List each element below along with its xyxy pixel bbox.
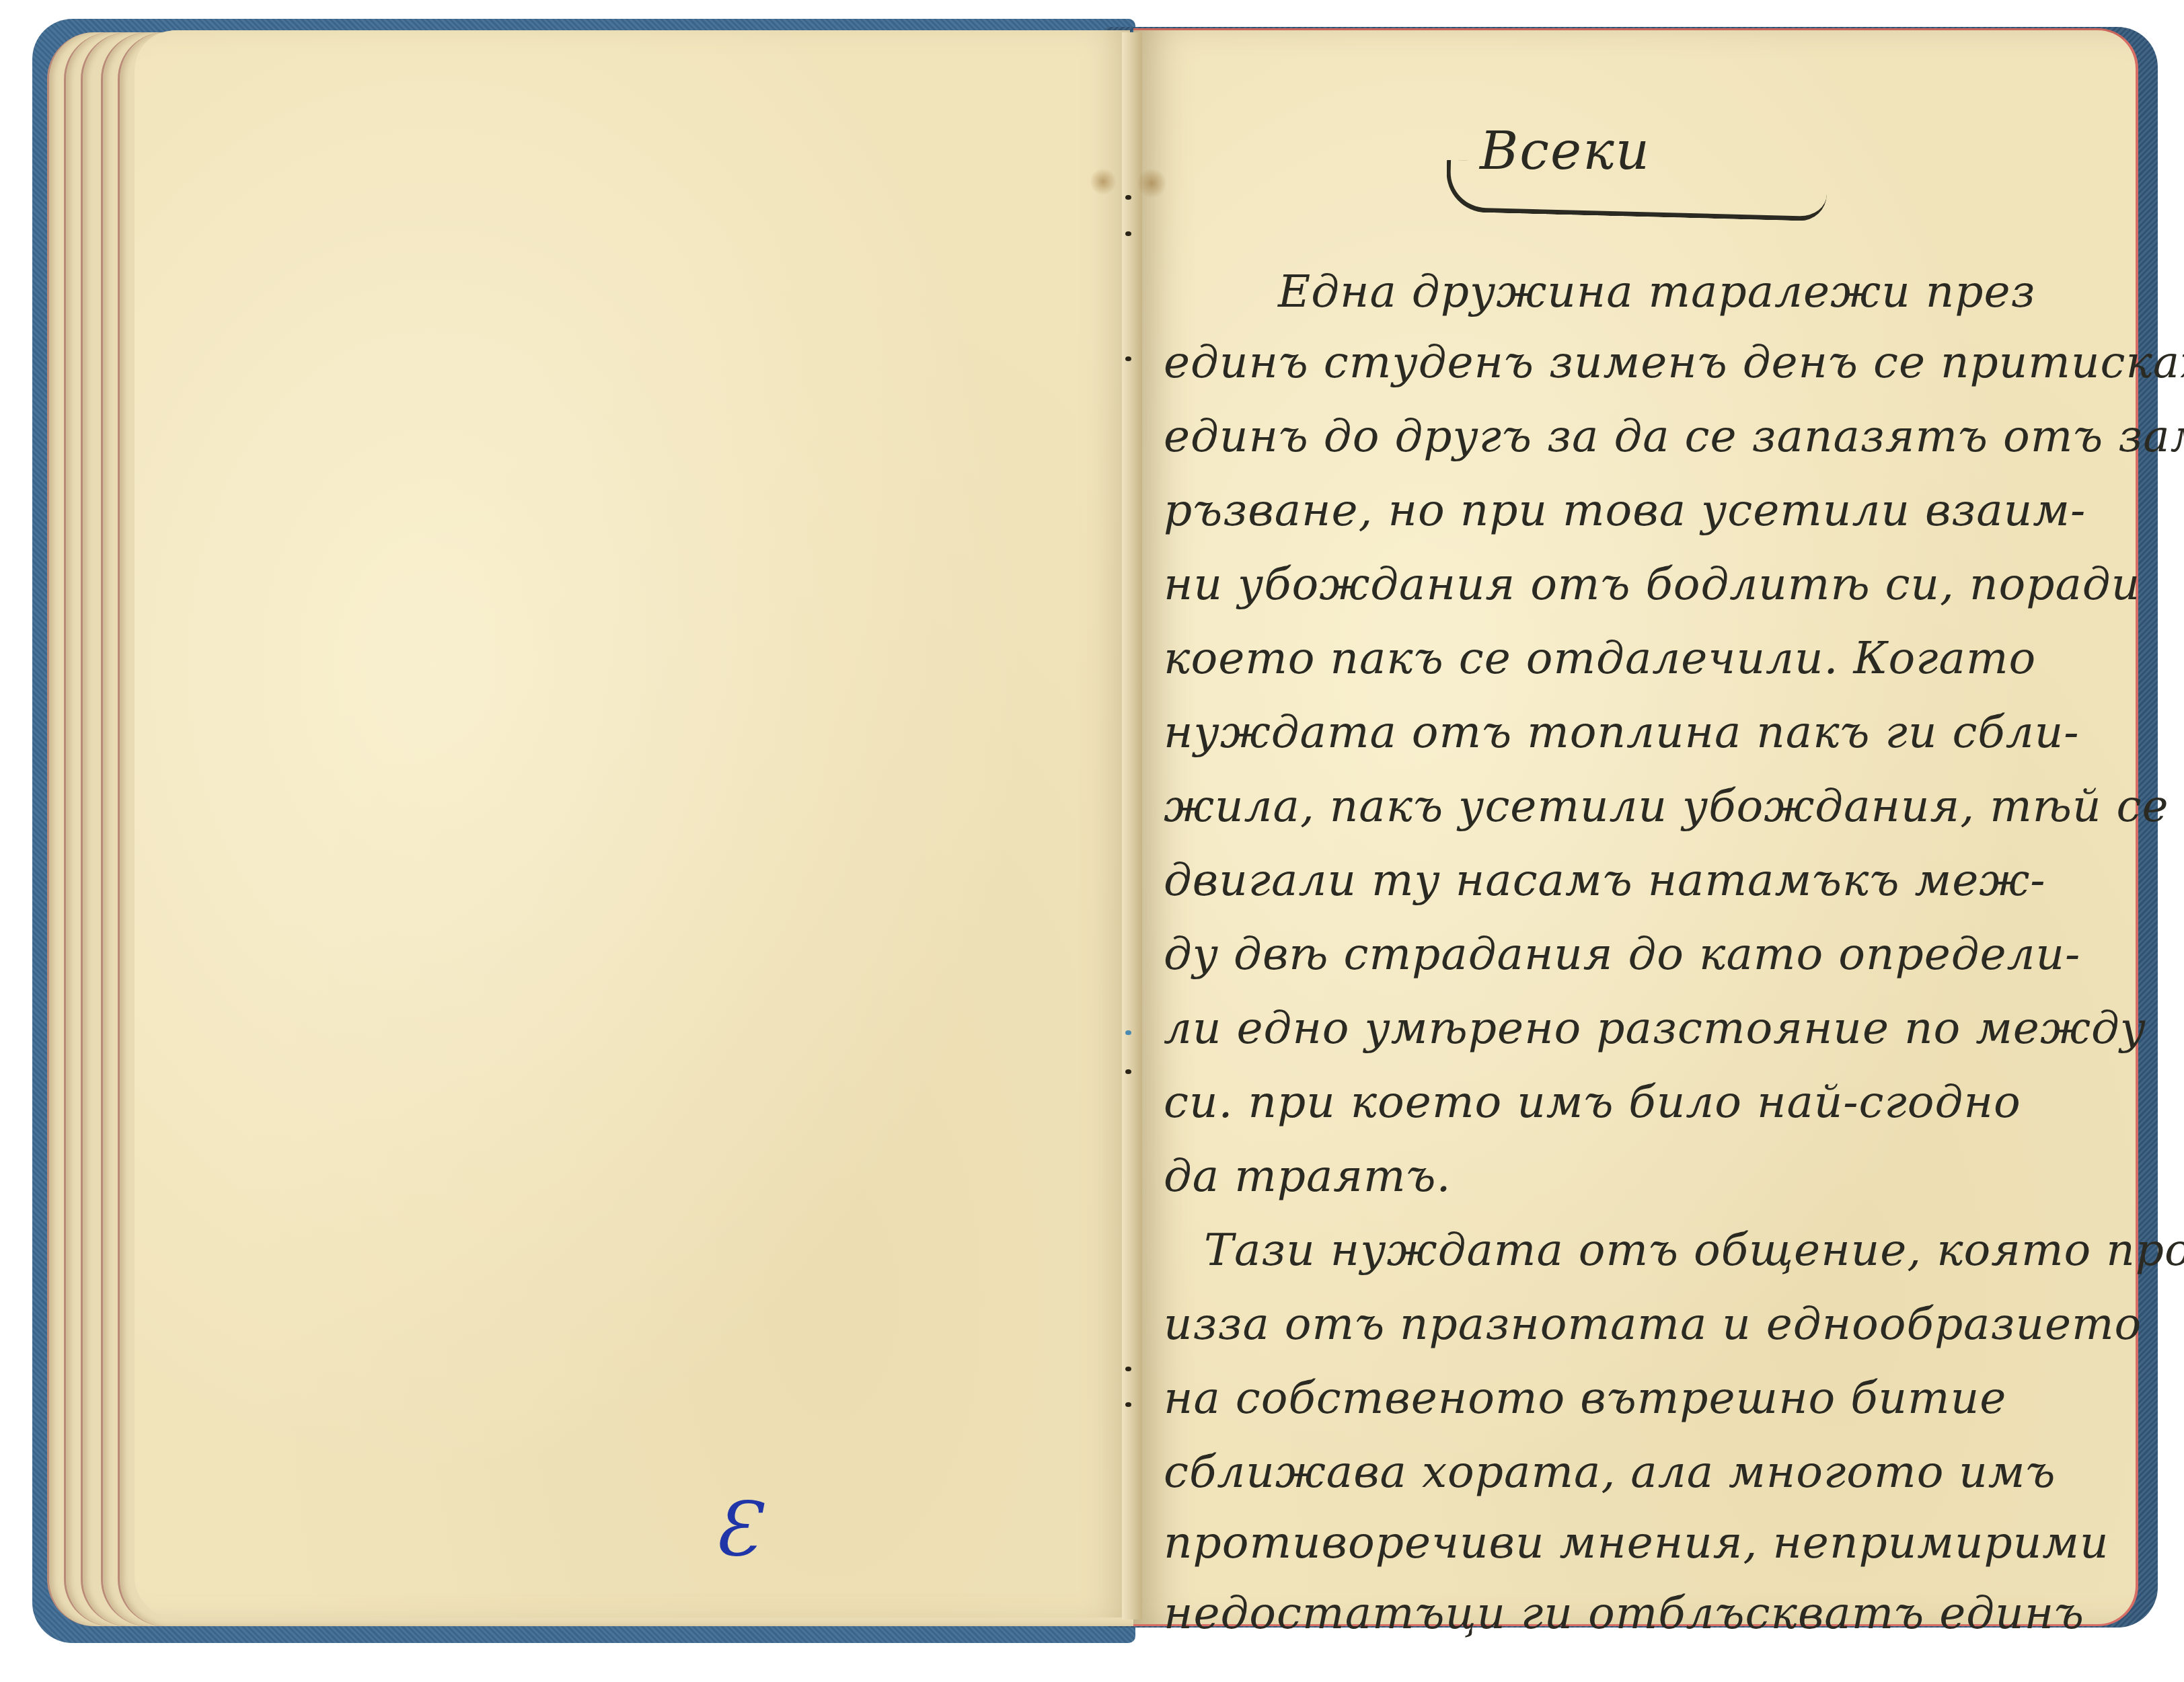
text-line: сближава хората, ала многото имъ (1164, 1446, 2056, 1498)
left-page (135, 30, 1130, 1617)
text-line: ду двѣ страдания до като определи- (1164, 928, 2080, 980)
text-line: противоречиви мнения, непримирими (1164, 1517, 2109, 1568)
text-line: жила, пакъ усетили убождания, тѣй се (1164, 780, 2169, 832)
text-line: Една дружина таралежи през (1278, 266, 2035, 317)
text-line: ли едно умѣрено разстояние по между (1164, 1002, 2146, 1054)
paper-stain (1137, 168, 1167, 198)
text-line: на собственото вътрешно битие (1164, 1372, 2006, 1424)
stitch-hole (1125, 195, 1131, 200)
stitch-hole (1125, 1402, 1131, 1407)
stitch-hole (1125, 1069, 1131, 1074)
stitch-hole (1125, 356, 1131, 361)
stitch-hole (1125, 1367, 1131, 1371)
text-line: да траятъ. (1164, 1150, 1452, 1202)
text-line: изза отъ празнотата и еднообразието (1164, 1298, 2142, 1350)
text-line: си. при което имъ било най-сгодно (1164, 1076, 2021, 1128)
text-line: двигали ту насамъ натамъкъ меж- (1164, 854, 2046, 906)
book-gutter (1122, 32, 1142, 1619)
text-line: единъ до другъ за да се запазятъ отъ зам… (1164, 410, 2184, 462)
stitch-hole (1125, 231, 1131, 236)
stitch-hole (1125, 1030, 1131, 1035)
text-line: нуждата отъ топлина пакъ ги сбли- (1164, 706, 2079, 758)
paper-stain (1090, 168, 1117, 195)
pencil-mark: Ɛ (713, 1486, 759, 1572)
text-line: недостатъци ги отблъскватъ единъ (1164, 1587, 2084, 1639)
text-line: което пакъ се отдалечили. Когато (1164, 632, 2036, 684)
text-line: единъ студенъ зименъ денъ се притискаха (1164, 336, 2184, 388)
text-line: ни убождания отъ бодлитѣ си, поради (1164, 558, 2140, 610)
title-underline-flourish (1445, 160, 1828, 222)
text-line: Тази нуждата отъ общение, която про- (1204, 1224, 2184, 1276)
text-line: ръзване, но при това усетили взаим- (1164, 484, 2086, 536)
